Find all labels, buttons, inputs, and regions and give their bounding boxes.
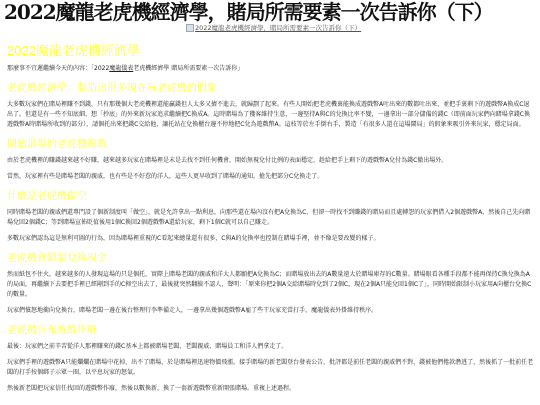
section-heading: 什麼是老虎機做空 [7,190,535,204]
section-heading: 老虎機經濟學：製造出很多現在玩老虎機的假象 [7,82,535,96]
section-paragraph: 然後新老闆把玩家信任找回的遊戲幣作廢，然後以數換新，換了一套新遊戲幣重新開張賭場… [7,384,535,394]
intro-paragraph: 那麼事不宜遲繼續今天的內容：「2022魔龍儀表老虎機經濟學 賭局所需要素一次告訴… [7,64,535,74]
broken-image-icon [186,24,194,32]
section-paragraph: 多數玩家們認為這是無利可圖的行為，因為賭場裡重視的C看起來總量還有很多，C與A的… [7,234,535,244]
section-heading: 老虎機宣布遊戲作廢 [7,324,535,338]
section-paragraph: 最後：玩家們之前辛苦從洋人那裡賺來的錢C基本上都被賭場老闆、老闆親戚、賭場員工和… [7,342,535,352]
section-paragraph: 然而紙包不住火，越來越多的人發現這場的只是個托，實際上賭場老闆的親戚和洋大人都願… [7,270,535,300]
section-paragraph: 同時賭場老闆的親戚們還專門設了個新制度叫「做空」，就是允許拿出一點利息，向那些還… [7,208,535,228]
hero-image-alt-text: 2022魔龍老虎機經濟學，賭局所需要素一次告訴你（下） [195,24,361,32]
intro-text-after: 老虎機經濟學 賭局所需要素一次告訴你」 [133,65,243,72]
intro-text-before: 那麼事不宜遲繼續今天的內容：「2022 [7,65,109,72]
keyword-link[interactable]: 魔龍儀表 [109,65,133,72]
section-paragraph: 玩家們手裡的遊戲幣A只能爛爛在賭場中花掉，出不了賭場，於是賭場裡迅速物價飛漲。接… [7,358,535,378]
hero-image-broken: 2022魔龍老虎機經濟學，賭局所需要素一次告訴你（下） [186,24,361,32]
article-main-heading: 2022魔龍老虎機經濟學 [7,42,535,60]
page-title: 2022魔龍老虎機經濟學，賭局所需要素一次告訴你（下） [4,0,493,24]
section-paragraph: 大多數玩家們在賭局裡賺不到錢，只有那幾個大老虎機裡還能贏錢但人太多又擠不進去，就… [7,100,535,130]
section-heading: 開始退場的老虎機遊戲 [7,138,535,152]
section-paragraph: 當然，玩家裡有些是賭場老闆的親戚，也有些是不好惹的洋人，這些人更早收到了賭場的通… [7,172,535,182]
section-paragraph: 由於老虎機裡的賺錢越來越不好賺，越來越多玩家在賭場裡是末是去找不到任何機會，開始… [7,156,535,166]
section-heading: 老虎機會限制兌換現金 [7,252,535,266]
section-paragraph: 玩家們憤怒地衝向兌換台，賭場老闆一邊在後台整理行李準備走人，一邊拿出幾個遊戲幣A… [7,306,535,316]
article-body: 2022魔龍老虎機經濟學 那麼事不宜遲繼續今天的內容：「2022魔龍儀表老虎機經… [7,42,535,394]
